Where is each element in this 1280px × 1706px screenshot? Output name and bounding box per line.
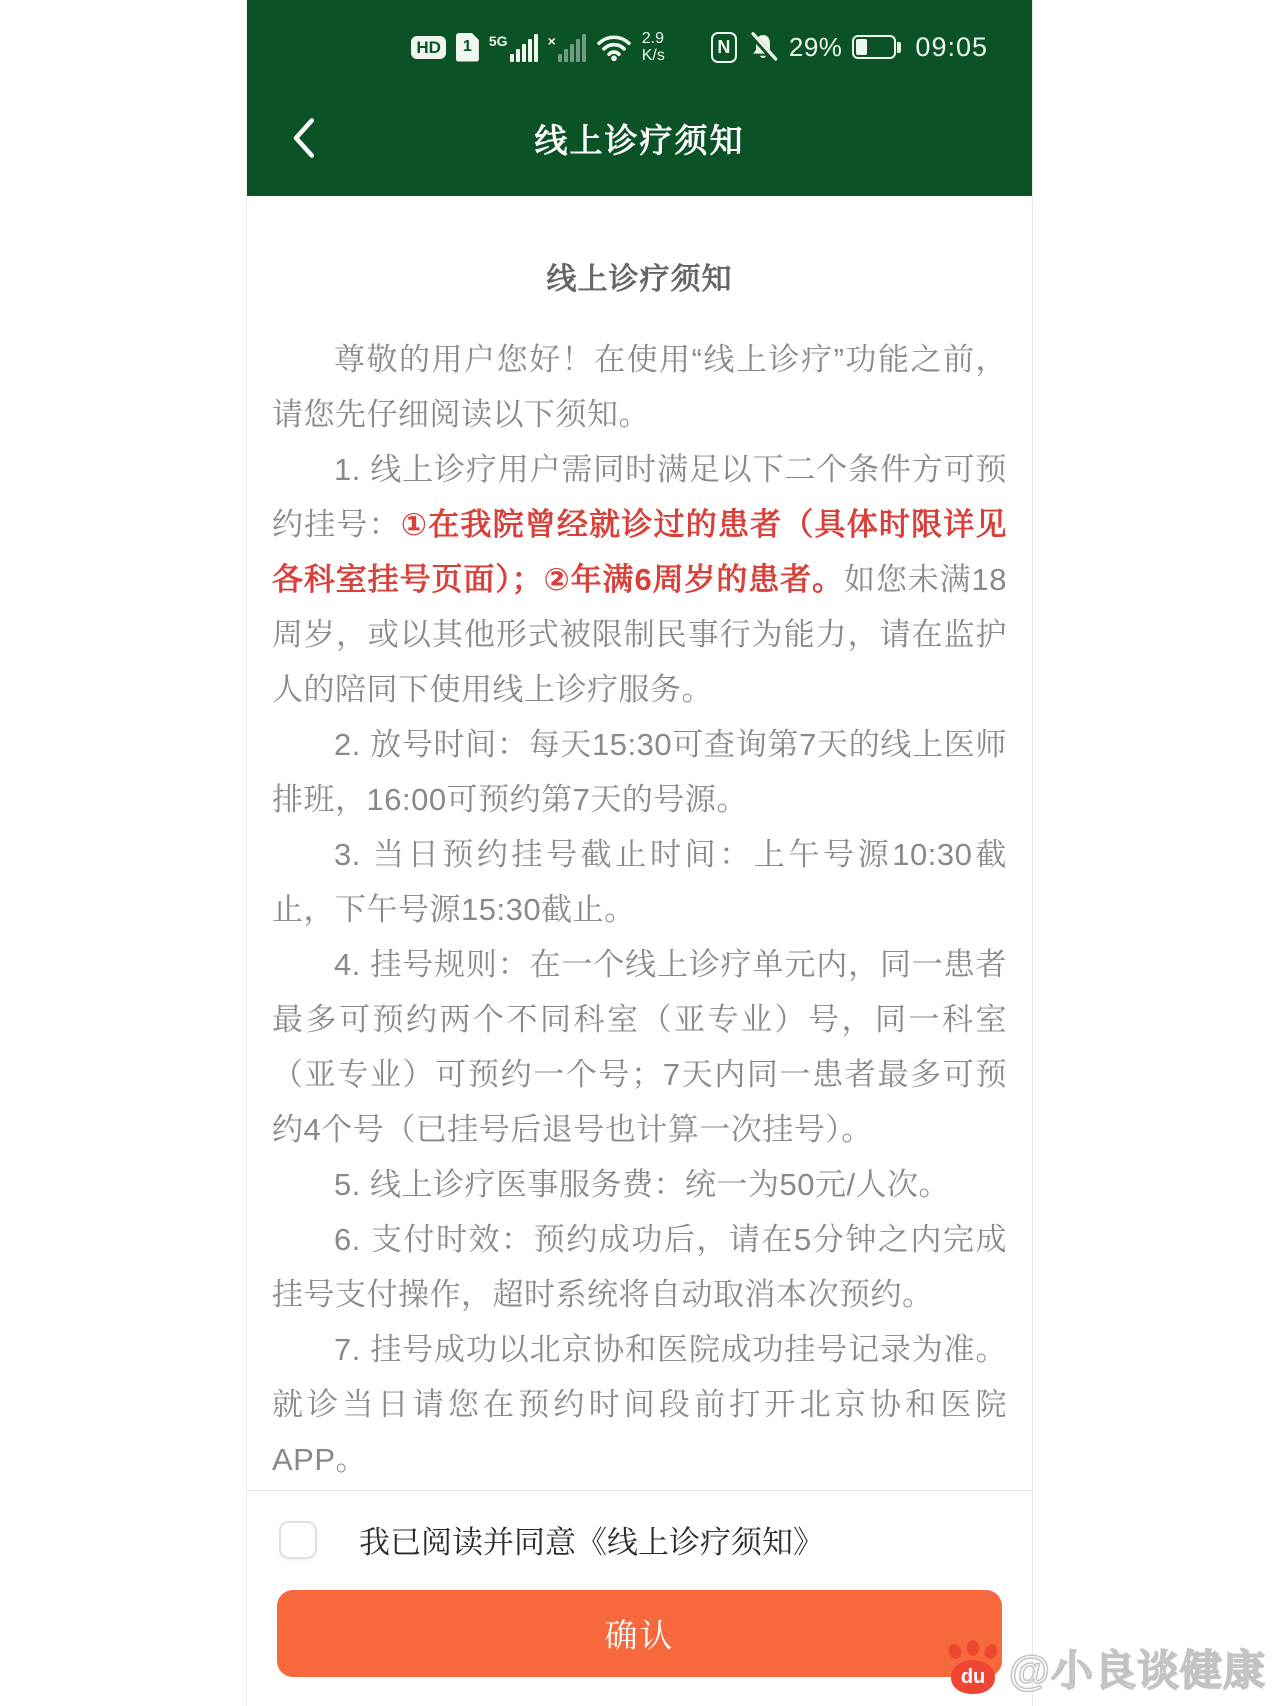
notice-item-3: 3. 当日预约挂号截止时间：上午号源10:30截止，下午号源15:30截止。 (272, 827, 1007, 937)
signal-5g-icon: 5G (489, 32, 538, 62)
battery-icon (852, 35, 901, 59)
watermark-text: @小良谈健康 (1009, 1638, 1266, 1698)
battery-percent: 29% (789, 32, 843, 63)
agreement-row: 我已阅读并同意《线上诊疗须知》 (247, 1491, 1032, 1562)
phone-screen: HD 1 5G × 2.9 K/s (246, 0, 1033, 1706)
speed-value: 2.9 (642, 30, 664, 47)
agreement-checkbox[interactable] (279, 1521, 317, 1559)
footer-panel: 我已阅读并同意《线上诊疗须知》 确认 (247, 1490, 1032, 1706)
sim1-icon: 1 (456, 33, 479, 62)
nav-bar: 线上诊疗须知 (247, 80, 1032, 196)
signal-no-service-icon: × (548, 32, 586, 62)
clock-time: 09:05 (915, 32, 988, 63)
network-speed: 2.9 K/s (642, 30, 665, 64)
bell-muted-icon (747, 31, 779, 63)
notice-item-4: 4. 挂号规则：在一个线上诊疗单元内，同一患者最多可预约两个不同科室（亚专业）号… (272, 937, 1007, 1157)
back-chevron-icon (290, 117, 316, 159)
wifi-icon (596, 32, 632, 62)
no-service-mark: × (548, 34, 556, 48)
signal-bars-icon (510, 32, 538, 62)
notice-item-2: 2. 放号时间：每天15:30可查询第7天的线上医师排班，16:00可预约第7天… (272, 717, 1007, 827)
nfc-icon: N (711, 32, 737, 63)
notice-item-1: 1. 线上诊疗用户需同时满足以下二个条件方可预约挂号：①在我院曾经就诊过的患者（… (272, 442, 1007, 717)
notice-item-7: 7. 挂号成功以北京协和医院成功挂号记录为准。就诊当日请您在预约时间段前打开北京… (272, 1322, 1007, 1487)
page-title: 线上诊疗须知 (247, 115, 1032, 162)
notice-intro: 尊敬的用户您好！在使用“线上诊疗”功能之前，请您先仔细阅读以下须知。 (272, 332, 1007, 442)
confirm-button[interactable]: 确认 (277, 1590, 1002, 1677)
agreement-label[interactable]: 我已阅读并同意《线上诊疗须知》 (359, 1517, 824, 1562)
notice-document: 线上诊疗须知 尊敬的用户您好！在使用“线上诊疗”功能之前，请您先仔细阅读以下须知… (247, 196, 1032, 1487)
app-header: HD 1 5G × 2.9 K/s (247, 0, 1032, 196)
back-button[interactable] (273, 80, 333, 196)
speed-unit: K/s (642, 47, 665, 64)
status-bar: HD 1 5G × 2.9 K/s (247, 0, 1032, 80)
notice-title: 线上诊疗须知 (272, 254, 1007, 298)
signal-bars-dim-icon (558, 32, 586, 62)
notice-item-5: 5. 线上诊疗医事服务费：统一为50元/人次。 (272, 1157, 1007, 1212)
network-type-label: 5G (489, 34, 508, 48)
hd-voice-icon: HD (411, 36, 446, 59)
notice-item-6: 6. 支付时效：预约成功后，请在5分钟之内完成挂号支付操作，超时系统将自动取消本… (272, 1212, 1007, 1322)
